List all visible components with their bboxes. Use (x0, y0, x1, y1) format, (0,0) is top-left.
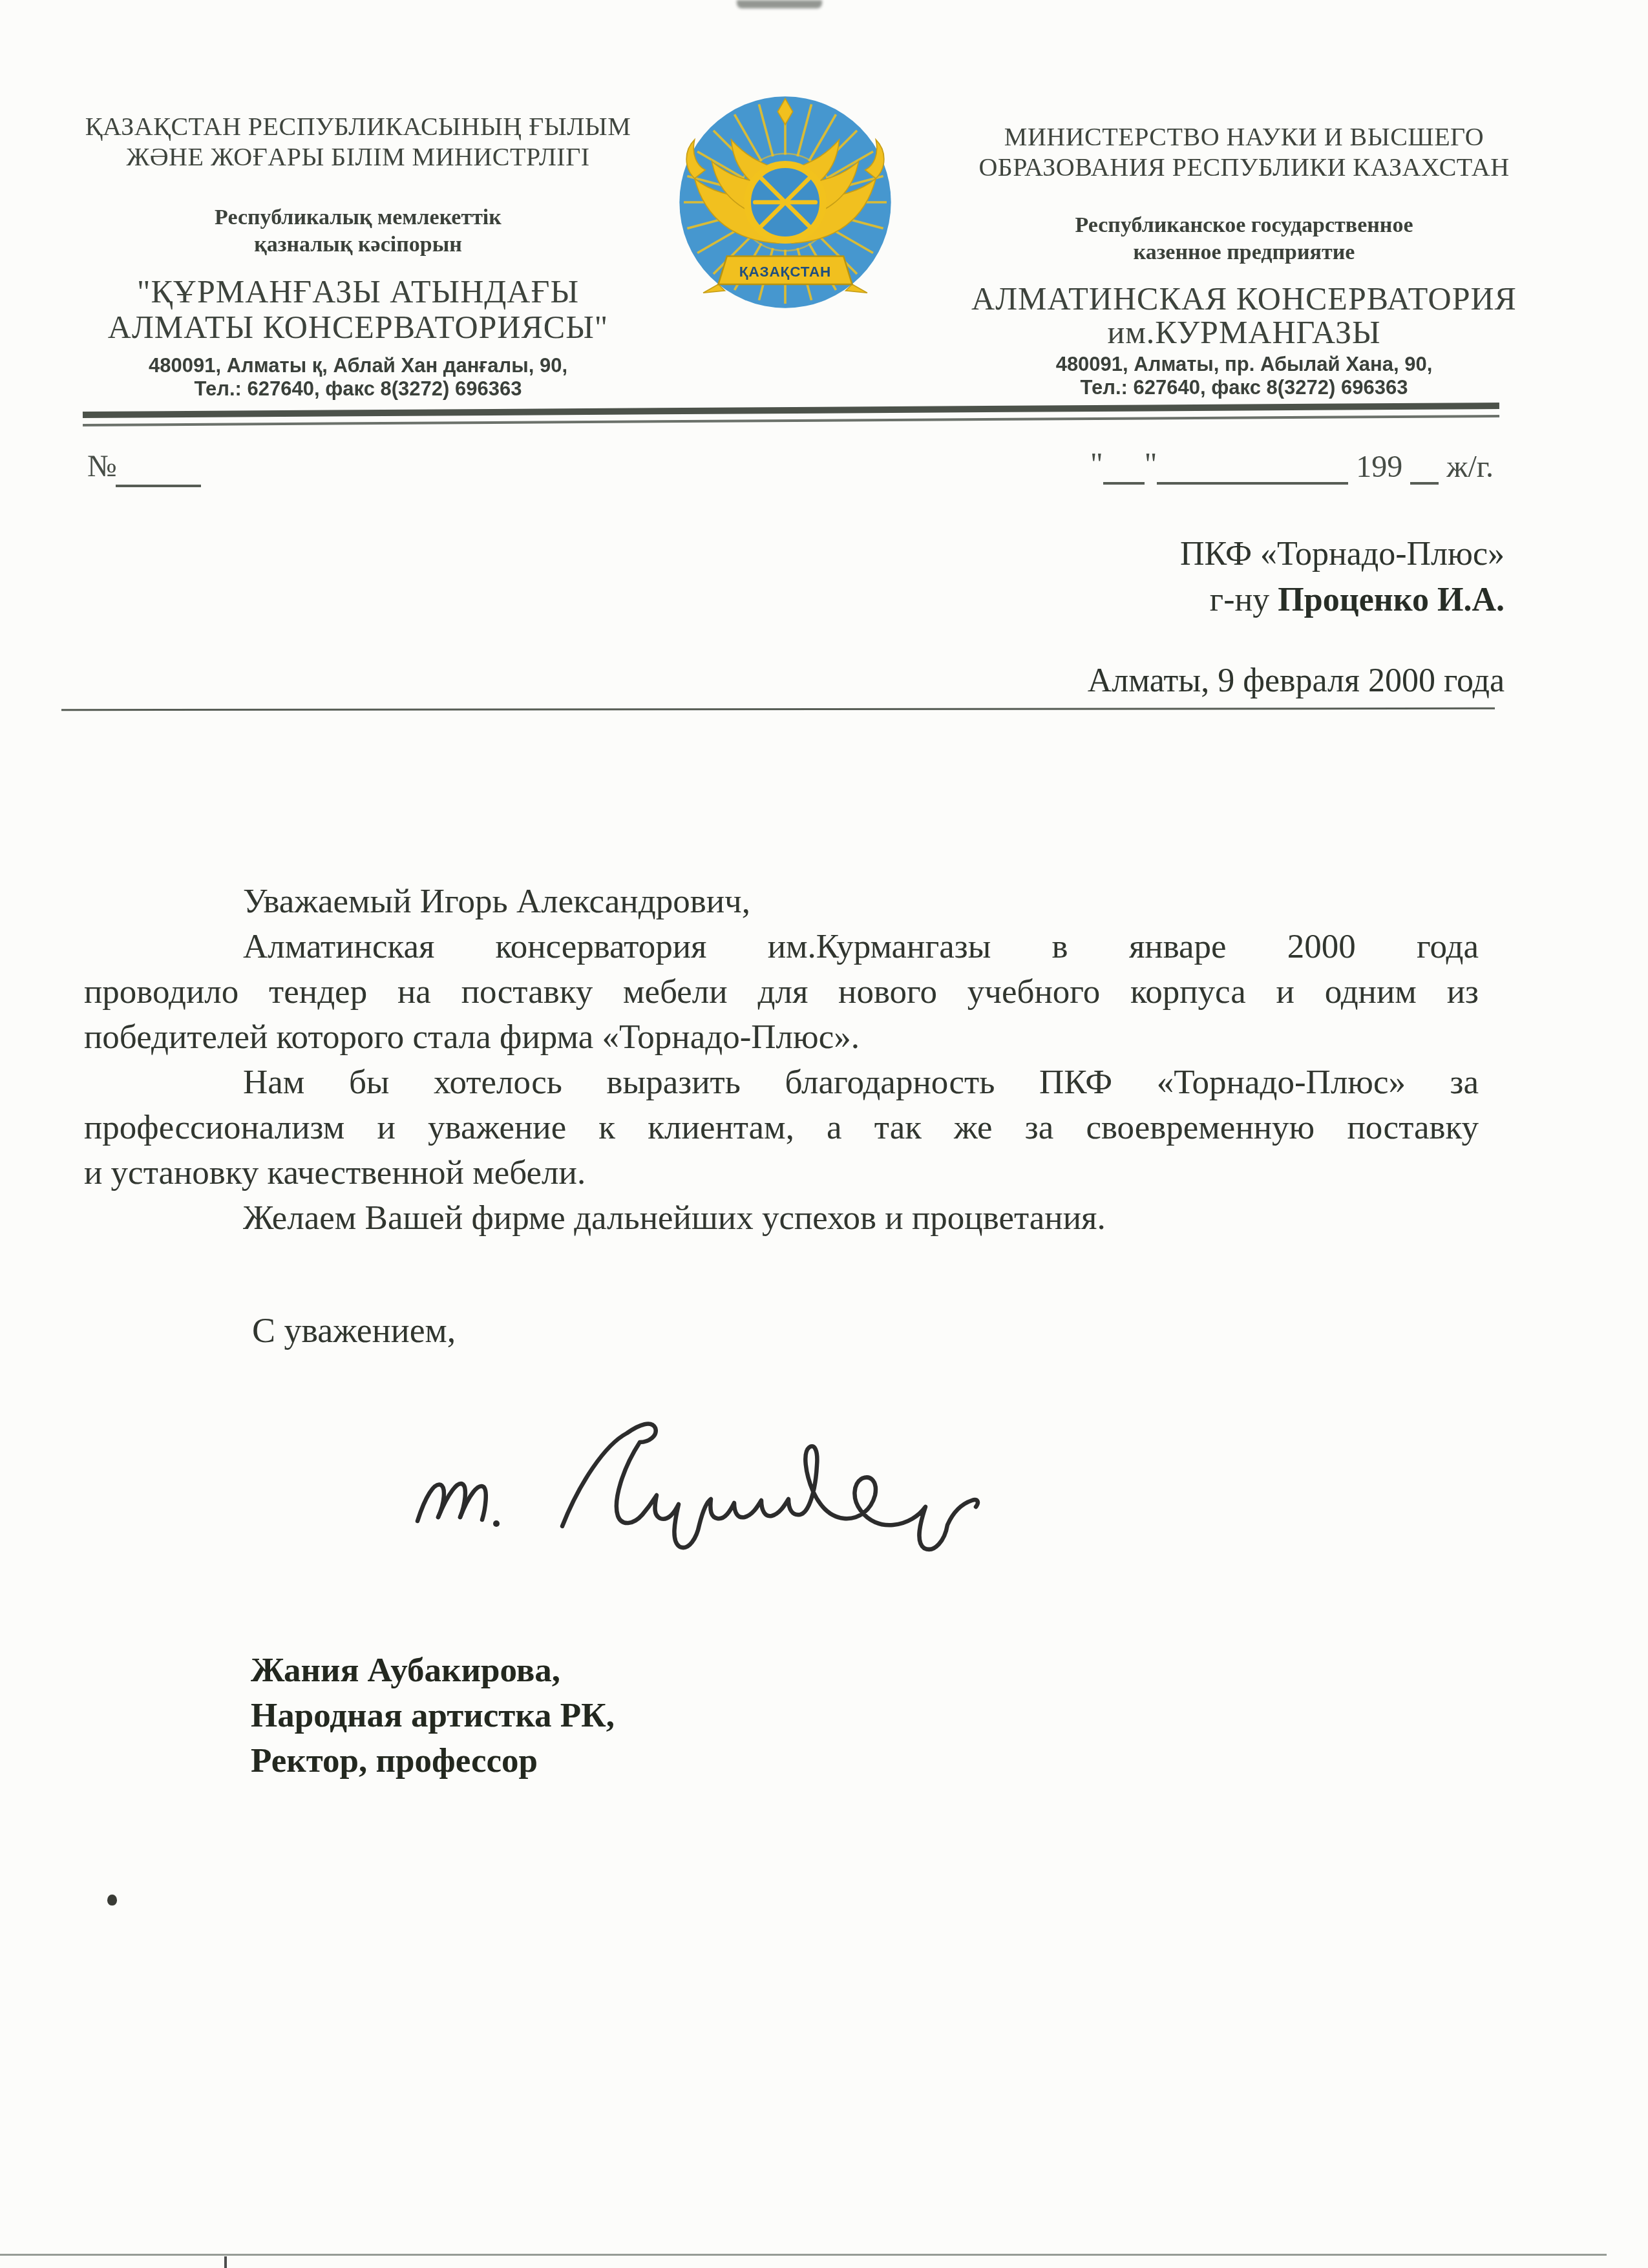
ministry-line2: ЖӘНЕ ЖОҒАРЫ БІЛІМ МИНИСТРЛІГІ (50, 142, 666, 172)
bottom-scan-tick (224, 2256, 227, 2268)
address-line: 480091, Алматы қ, Аблай Хан данғалы, 90, (50, 354, 666, 377)
signer-block: Жания Аубакирова, Народная артистка РК, … (251, 1648, 615, 1783)
signer-name: Жания Аубакирова, (251, 1648, 615, 1693)
org-name-line1: "ҚҰРМАНҒАЗЫ АТЫНДАҒЫ (50, 274, 666, 310)
date-suffix: ж/г. (1446, 450, 1494, 484)
paragraph2-line2: профессионализм и уважение к клиентам, а… (84, 1105, 1479, 1150)
signer-title-1: Народная артистка РК, (251, 1693, 615, 1738)
org-name-line1: АЛМАТИНСКАЯ КОНСЕРВАТОРИЯ (910, 282, 1578, 315)
bottom-scan-line (0, 2254, 1607, 2256)
paragraph1-line2: проводило тендер на поставку мебели для … (84, 969, 1479, 1014)
org-type-line2: казенное предприятие (910, 239, 1578, 266)
date-month-blank (1157, 448, 1348, 485)
org-name-line2: им.КУРМАНГАЗЫ (910, 315, 1578, 349)
recipient-block: ПКФ «Торнадо-Плюс» г-ну Проценко И.А. (1180, 531, 1505, 623)
address-line: 480091, Алматы, пр. Абылай Хана, 90, (910, 353, 1578, 376)
org-type-line1: Республикалық мемлекеттік (50, 204, 666, 231)
place-and-date: Алматы, 9 февраля 2000 года (1088, 662, 1505, 700)
paragraph2-line1: Нам бы хотелось выразить благодарность П… (84, 1060, 1479, 1105)
org-type-kk: Республикалық мемлекеттік қазналық кәсіп… (50, 204, 666, 258)
emblem-svg: ҚАЗАҚСТАН (677, 94, 893, 310)
org-type-ru: Республиканское государственное казенное… (910, 212, 1578, 266)
letter-body: Уважаемый Игорь Александрович, Алматинск… (84, 879, 1479, 1241)
org-address-kk: 480091, Алматы қ, Аблай Хан данғалы, 90,… (50, 354, 666, 401)
scanned-letter-page: ҚАЗАҚСТАН РЕСПУБЛИКАСЫНЫҢ ҒЫЛЫМ ЖӘНЕ ЖОҒ… (0, 0, 1648, 2268)
scan-artifact-top (737, 0, 822, 8)
phone-line: Тел.: 627640, факс 8(3272) 696363 (910, 376, 1578, 399)
ministry-name-ru: МИНИСТЕРСТВО НАУКИ И ВЫСШЕГО ОБРАЗОВАНИЯ… (910, 121, 1578, 182)
kazakhstan-state-emblem: ҚАЗАҚСТАН (677, 94, 893, 310)
recipient-salutation-prefix: г-ну (1210, 582, 1278, 618)
date-day-blank (1103, 448, 1145, 485)
paragraph1-line1: Алматинская консерватория им.Курмангазы … (84, 924, 1479, 969)
closing-salutation: С уважением, (252, 1310, 456, 1350)
phone-line: Тел.: 627640, факс 8(3272) 696363 (50, 377, 666, 401)
recipient-person: Проценко И.А. (1278, 582, 1505, 618)
reference-row: № "" 199 ж/г. (87, 448, 1496, 494)
recipient-company: ПКФ «Торнадо-Плюс» (1180, 531, 1505, 577)
ministry-line1: ҚАЗАҚСТАН РЕСПУБЛИКАСЫНЫҢ ҒЫЛЫМ (50, 111, 666, 142)
org-name-ru: АЛМАТИНСКАЯ КОНСЕРВАТОРИЯ им.КУРМАНГАЗЫ (910, 282, 1578, 349)
ministry-line1: МИНИСТЕРСТВО НАУКИ И ВЫСШЕГО (910, 121, 1578, 152)
recipient-person-line: г-ну Проценко И.А. (1180, 577, 1505, 623)
date-quote-close: " (1145, 446, 1157, 482)
scan-artifact-dot (107, 1895, 117, 1906)
date-year-blank (1410, 448, 1439, 485)
date-divider-line (61, 708, 1495, 711)
org-type-line1: Республиканское государственное (910, 212, 1578, 239)
paragraph2-line3: и установку качественной мебели. (84, 1150, 1479, 1195)
document-number-label: № (87, 448, 117, 484)
letterhead-kazakh: ҚАЗАҚСТАН РЕСПУБЛИКАСЫНЫҢ ҒЫЛЫМ ЖӘНЕ ЖОҒ… (50, 111, 666, 401)
greeting-line: Уважаемый Игорь Александрович, (84, 879, 1479, 924)
org-address-ru: 480091, Алматы, пр. Абылай Хана, 90, Тел… (910, 353, 1578, 399)
date-year-prefix: 199 (1356, 450, 1402, 484)
letterhead-russian: МИНИСТЕРСТВО НАУКИ И ВЫСШЕГО ОБРАЗОВАНИЯ… (910, 121, 1578, 399)
ministry-name-kk: ҚАЗАҚСТАН РЕСПУБЛИКАСЫНЫҢ ҒЫЛЫМ ЖӘНЕ ЖОҒ… (50, 111, 666, 172)
header-divider (83, 403, 1499, 426)
org-name-kk: "ҚҰРМАНҒАЗЫ АТЫНДАҒЫ АЛМАТЫ КОНСЕРВАТОРИ… (50, 274, 666, 345)
org-name-line2: АЛМАТЫ КОНСЕРВАТОРИЯСЫ" (50, 310, 666, 345)
date-fields: "" 199 ж/г. (1090, 448, 1494, 485)
signer-title-2: Ректор, профессор (251, 1738, 615, 1783)
paragraph1-line3: победителей которого стала фирма «Торнад… (84, 1014, 1479, 1060)
org-type-line2: қазналық кәсіпорын (50, 231, 666, 258)
handwritten-signature (399, 1406, 981, 1574)
paragraph3-line1: Желаем Вашей фирме дальнейших успехов и … (84, 1195, 1479, 1241)
date-quote-open: " (1090, 446, 1103, 482)
document-number-blank (116, 451, 201, 487)
emblem-banner-label: ҚАЗАҚСТАН (739, 264, 831, 280)
ministry-line2: ОБРАЗОВАНИЯ РЕСПУБЛИКИ КАЗАХСТАН (910, 152, 1578, 182)
